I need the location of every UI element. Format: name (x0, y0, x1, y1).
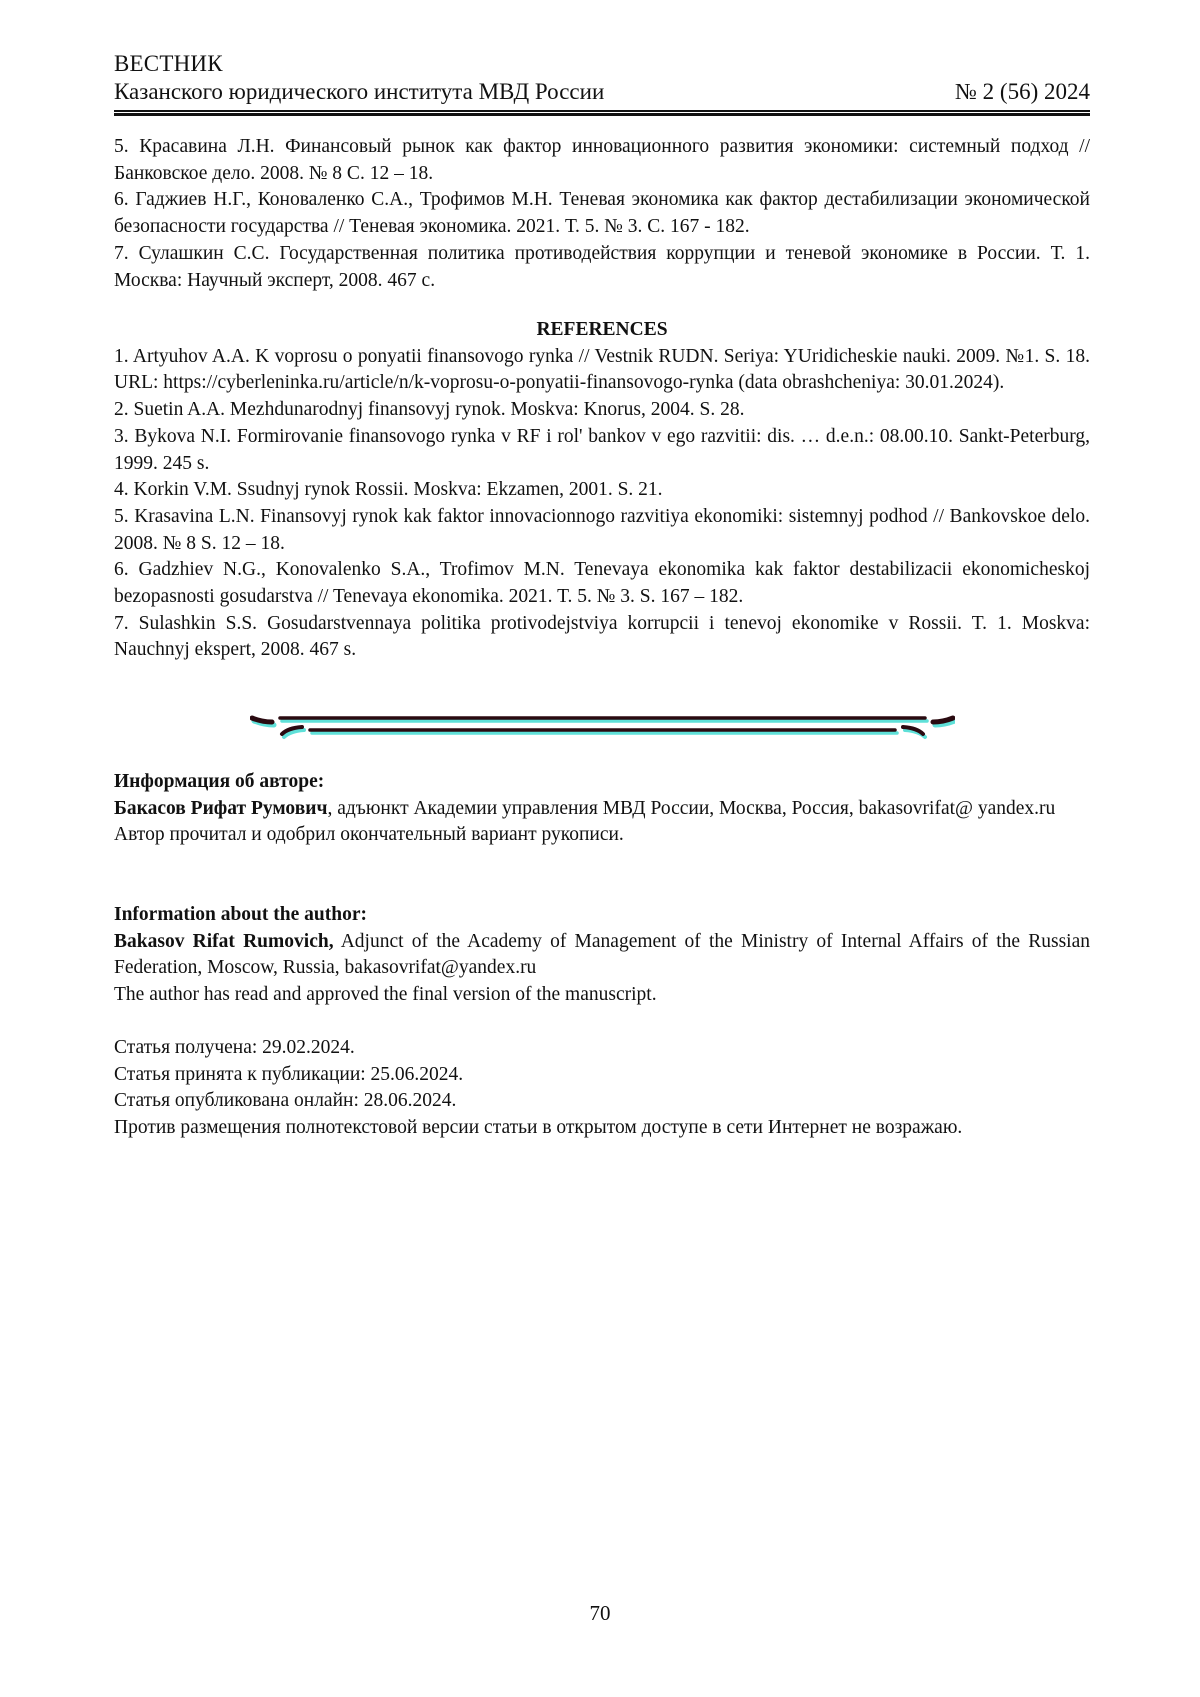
journal-header: ВЕСТНИК Казанского юридического институт… (114, 50, 1090, 106)
page-number: 70 (0, 1601, 1200, 1626)
reference-item: 7. Сулашкин С.С. Государственная политик… (114, 241, 1090, 294)
issue-number: № 2 (56) 2024 (955, 78, 1090, 106)
reference-item: 2. Suetin A.A. Mezhdunarodnyj finansovyj… (114, 397, 1090, 424)
author-info-ru: Информация об авторе: Бакасов Рифат Румо… (114, 769, 1090, 849)
reference-item: 4. Korkin V.M. Ssudnyj rynok Rossii. Mos… (114, 477, 1090, 504)
date-published: Статья опубликована онлайн: 28.06.2024. (114, 1088, 1090, 1115)
reference-item: 6. Gadzhiev N.G., Konovalenko S.A., Trof… (114, 557, 1090, 610)
author-affiliation: , адъюнкт Академии управления МВД России… (327, 798, 1055, 819)
journal-title-line1: ВЕСТНИК (114, 50, 1090, 78)
author-name: Bakasov Rifat Rumovich, (114, 931, 334, 952)
reference-item: 5. Krasavina L.N. Finansovyj rynok kak f… (114, 504, 1090, 557)
author-approval: Автор прочитал и одобрил окончательный в… (114, 822, 1090, 849)
journal-title-line2: Казанского юридического института МВД Ро… (114, 78, 604, 106)
reference-item: 7. Sulashkin S.S. Gosudarstvennaya polit… (114, 611, 1090, 664)
author-info-heading: Information about the author: (114, 902, 1090, 929)
article-dates: Статья получена: 29.02.2024. Статья прин… (114, 1035, 1090, 1142)
header-double-rule (114, 110, 1090, 116)
references-ru: 5. Красавина Л.Н. Финансовый рынок как ф… (114, 134, 1090, 294)
date-received: Статья получена: 29.02.2024. (114, 1035, 1090, 1062)
author-details: Бакасов Рифат Румович, адъюнкт Академии … (114, 796, 1090, 823)
author-info-heading: Информация об авторе: (114, 769, 1090, 796)
references-title: REFERENCES (114, 317, 1090, 344)
date-accepted: Статья принята к публикации: 25.06.2024. (114, 1062, 1090, 1089)
author-name: Бакасов Рифат Румович (114, 798, 327, 819)
reference-item: 5. Красавина Л.Н. Финансовый рынок как ф… (114, 134, 1090, 187)
double-line-divider-icon (250, 712, 955, 744)
reference-item: 3. Bykova N.I. Formirovanie finansovogo … (114, 424, 1090, 477)
reference-item: 1. Artyuhov A.A. K voprosu o ponyatii fi… (114, 344, 1090, 397)
references-en: REFERENCES 1. Artyuhov A.A. K voprosu o … (114, 317, 1090, 664)
author-info-en: Information about the author: Bakasov Ri… (114, 902, 1090, 1009)
author-details: Bakasov Rifat Rumovich, Adjunct of the A… (114, 929, 1090, 982)
reference-item: 6. Гаджиев Н.Г., Коноваленко С.А., Трофи… (114, 187, 1090, 240)
journal-header-row: Казанского юридического института МВД Ро… (114, 78, 1090, 106)
author-approval: The author has read and approved the fin… (114, 982, 1090, 1009)
document-page: ВЕСТНИК Казанского юридического институт… (0, 0, 1200, 1697)
license-statement: Против размещения полнотекстовой версии … (114, 1115, 1090, 1142)
